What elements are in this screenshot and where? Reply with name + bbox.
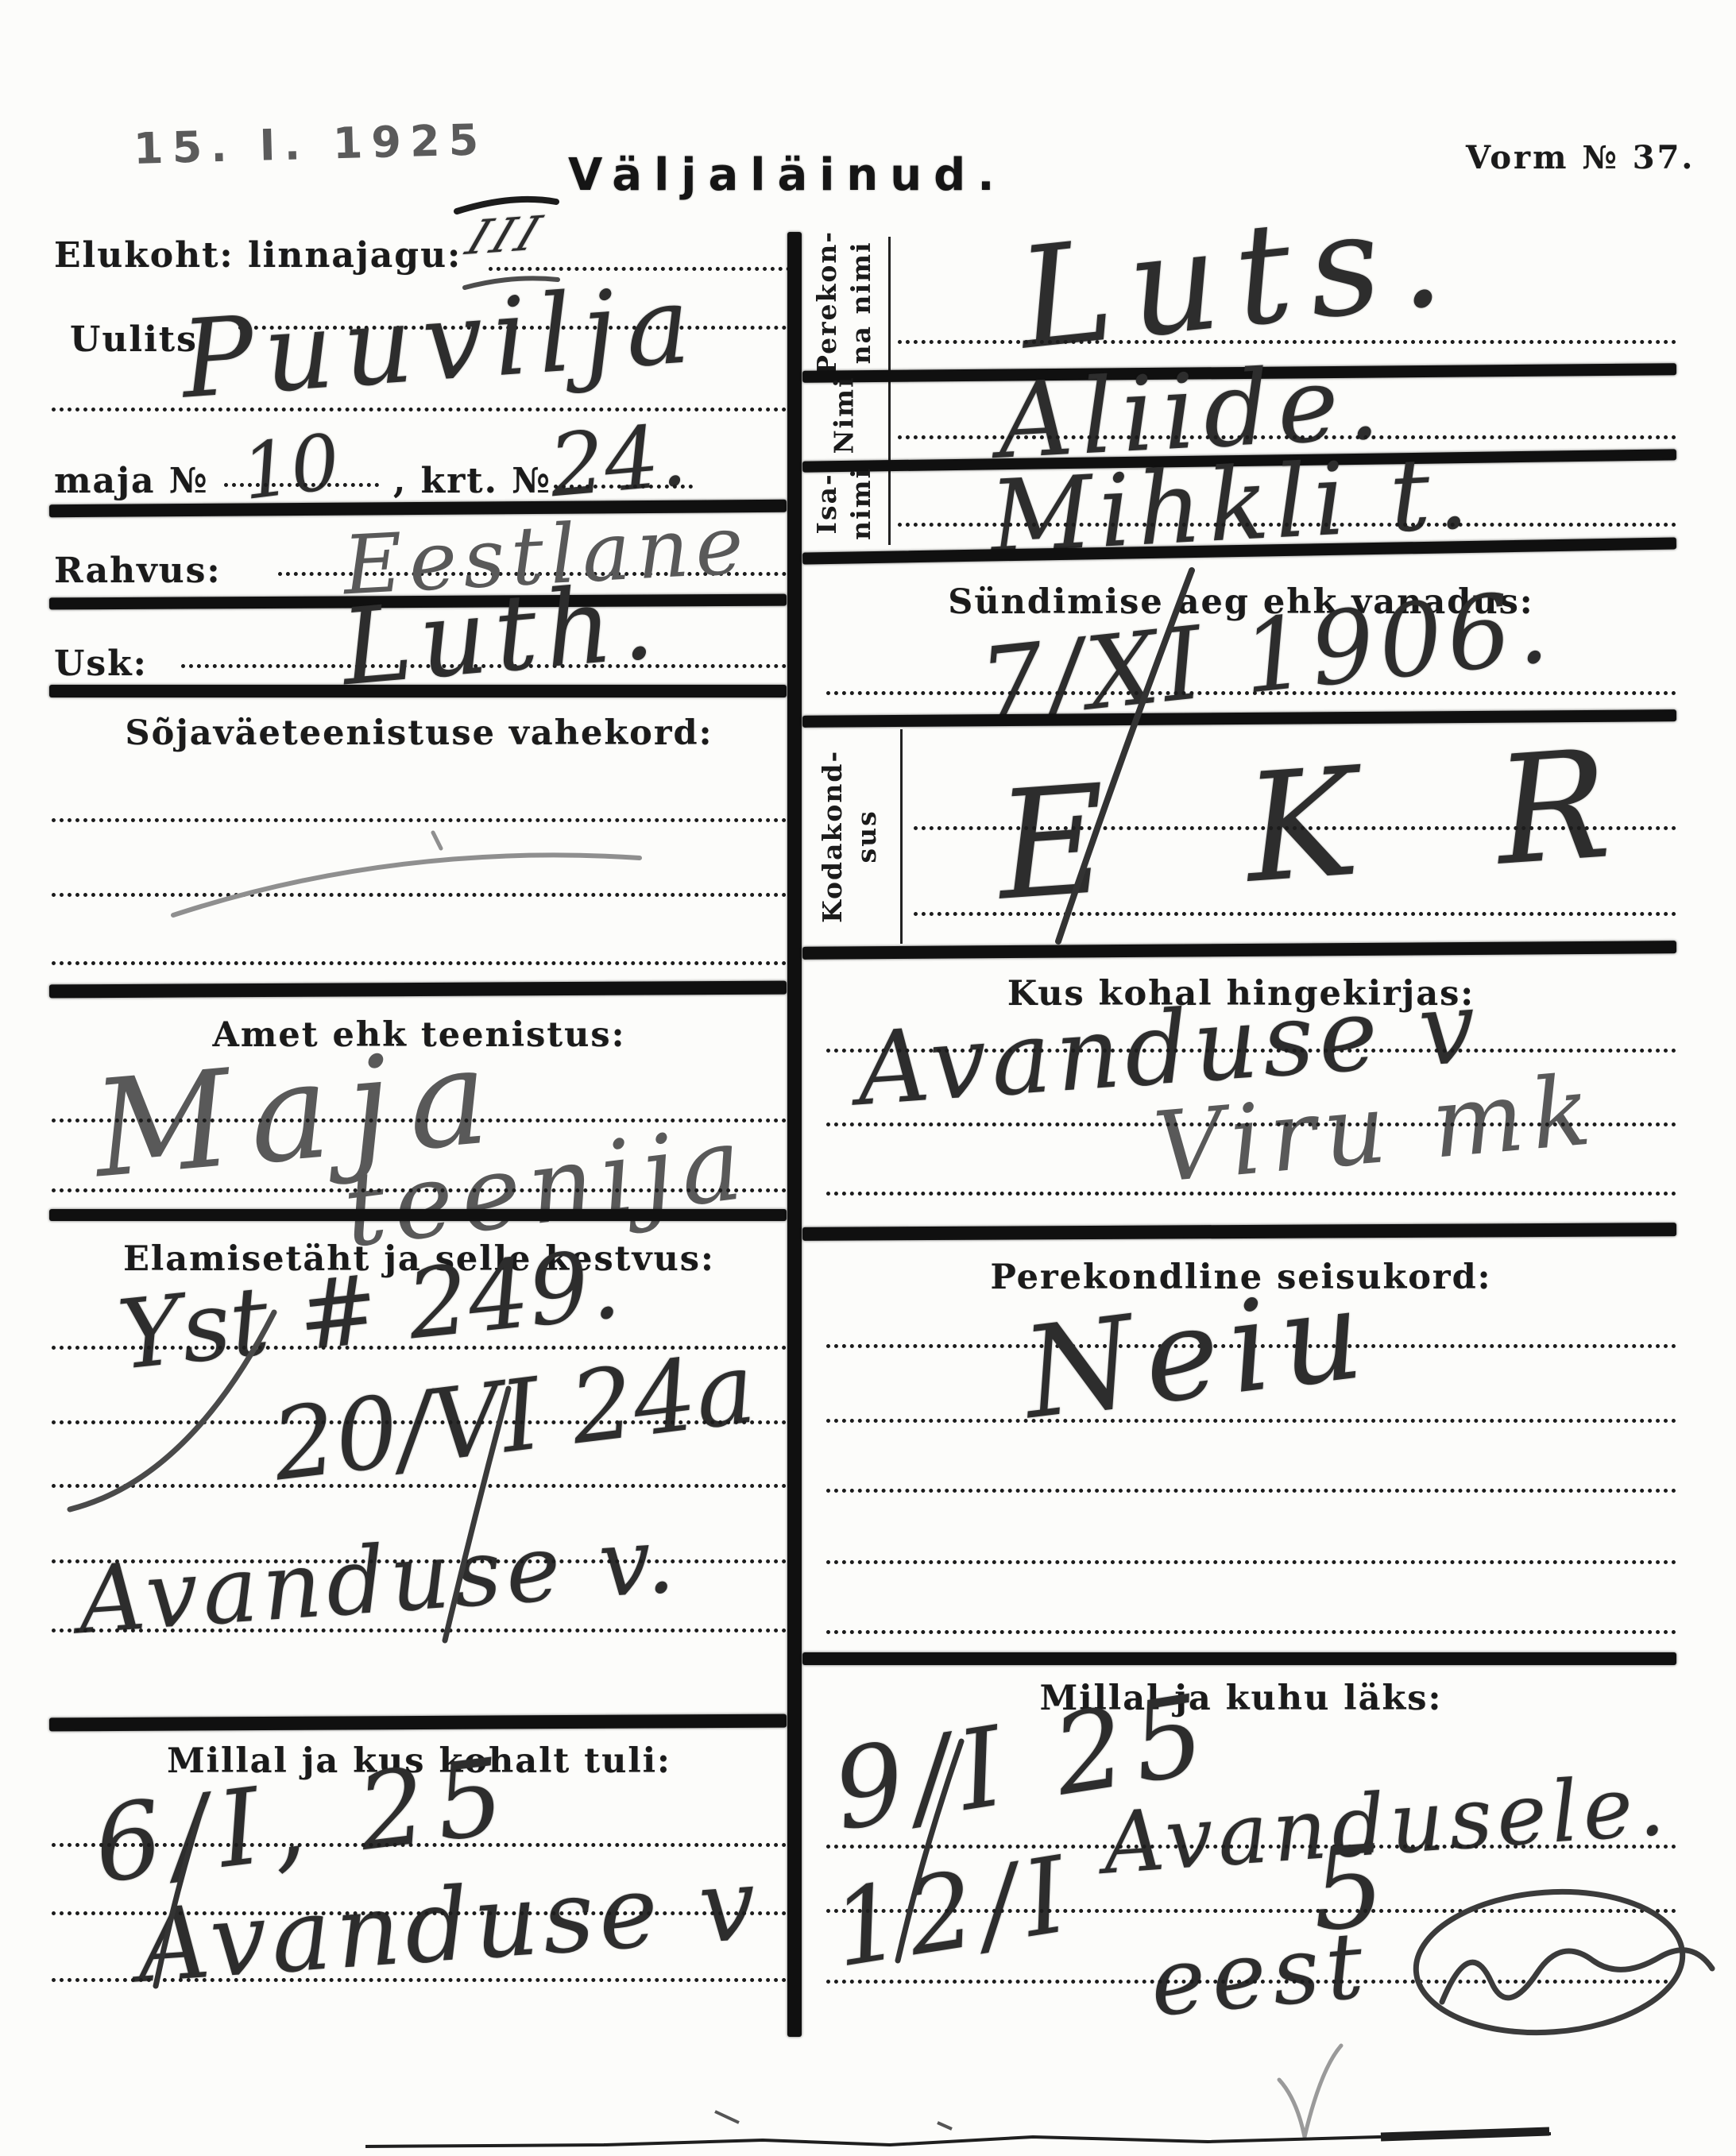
pencil-marks-overlay <box>0 0 1736 2156</box>
scanned-form-page: Väljaläinud. Vorm № 37. 15. I. 1925 III … <box>0 0 1736 2156</box>
